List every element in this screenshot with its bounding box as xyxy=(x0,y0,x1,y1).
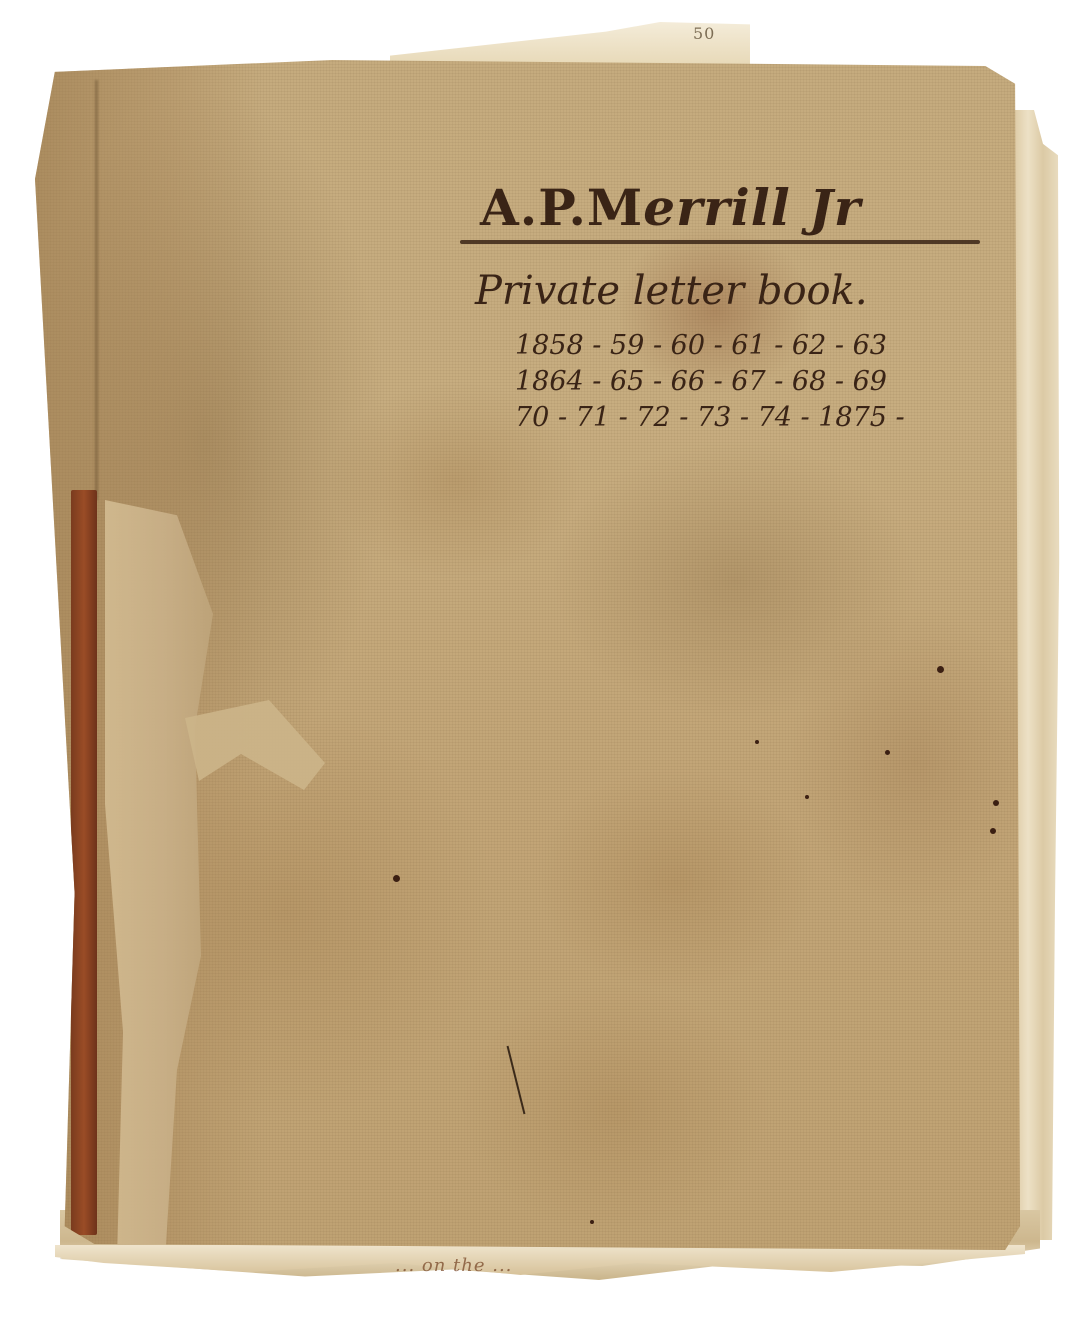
document-photo: 50 ... on the ... A.P.Merrill Jr Private… xyxy=(0,0,1080,1336)
ink-spot xyxy=(937,666,944,673)
title-underline xyxy=(460,240,980,244)
years-line-3: 70 - 71 - 72 - 73 - 74 - 1875 - xyxy=(515,400,905,436)
cover-title-initials: A.P.M xyxy=(480,178,643,237)
ink-spot xyxy=(885,750,890,755)
ink-spot xyxy=(993,800,999,806)
cover-title: A.P.Merrill Jr xyxy=(480,178,861,237)
ink-spot xyxy=(755,740,759,744)
ink-spot xyxy=(590,1220,594,1224)
ink-spot xyxy=(990,828,996,834)
years-line-2: 1864 - 65 - 66 - 67 - 68 - 69 xyxy=(515,364,905,400)
bottom-page-edge xyxy=(55,1245,1025,1275)
years-line-1: 1858 - 59 - 60 - 61 - 62 - 63 xyxy=(515,328,905,364)
ink-spot xyxy=(805,795,809,799)
ink-spot xyxy=(393,875,400,882)
cover-subtitle: Private letter book. xyxy=(475,268,868,314)
bottom-edge-inscription: ... on the ... xyxy=(395,1255,512,1276)
cover-title-surname: errill Jr xyxy=(643,178,861,237)
cover-years: 1858 - 59 - 60 - 61 - 62 - 63 1864 - 65 … xyxy=(515,328,905,436)
page-number-label: 50 xyxy=(693,24,715,43)
leather-spine-strip xyxy=(71,490,97,1235)
spine-fold-line xyxy=(95,80,98,500)
book-cover: A.P.Merrill Jr Private letter book. 1858… xyxy=(35,60,1025,1250)
